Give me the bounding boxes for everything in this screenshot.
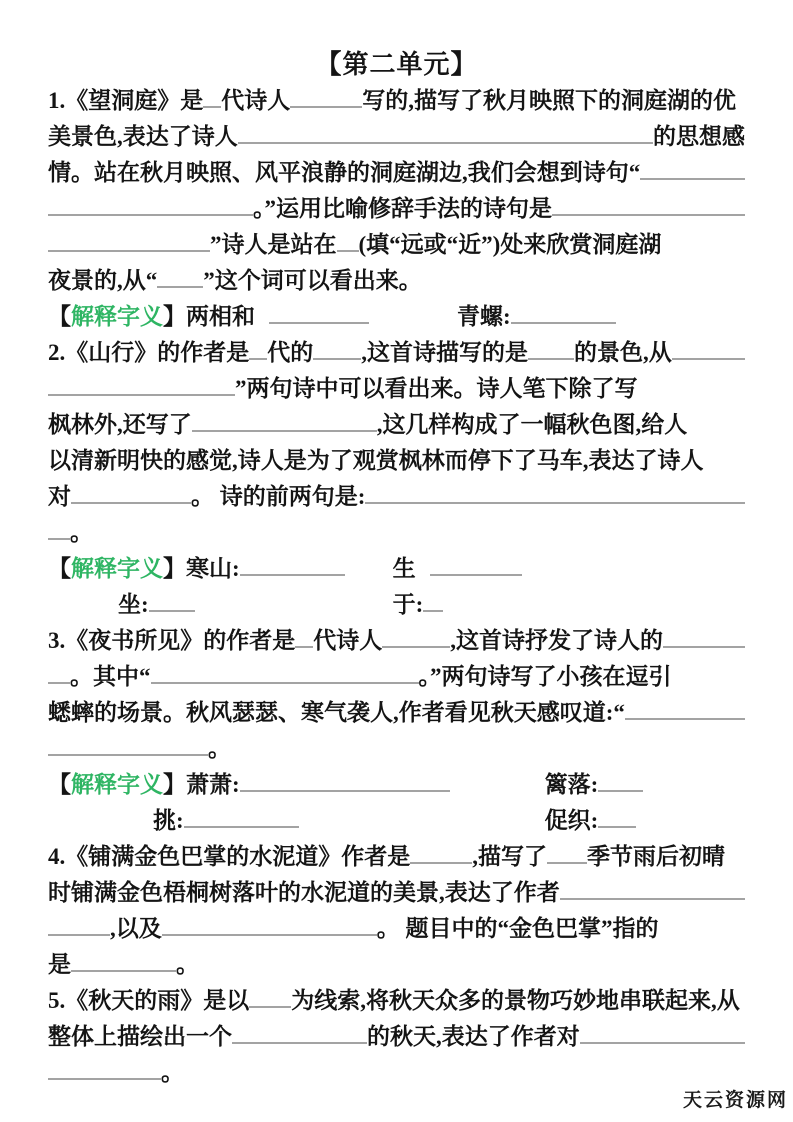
blank-field [48, 677, 70, 684]
text-segment: 代的 [267, 334, 313, 367]
q2-gloss-2: 坐:于: [48, 586, 745, 622]
text-segment: 挑: [153, 802, 184, 835]
text-segment: ”这个词可以看出来。 [203, 262, 422, 295]
q1-line-4: 。”运用比喻修辞手法的诗句是 [48, 190, 745, 226]
spacer [299, 827, 545, 828]
text-segment: 4.《铺满金色巴掌的水泥道》作者是 [48, 838, 410, 871]
text-segment: 促织: [545, 802, 599, 835]
gloss-section-label: 解释字义 [71, 298, 163, 331]
blank-field [249, 1001, 291, 1008]
text-segment: 篱落: [545, 766, 599, 799]
q1-gloss: 【解释字义】两相和青螺: [48, 298, 745, 334]
spacer [369, 323, 457, 324]
text-segment: 坐: [118, 586, 149, 619]
blank-field [640, 173, 745, 180]
blank-field [410, 857, 472, 864]
q5-line-2: 整体上描绘出一个的秋天,表达了作者对 [48, 1018, 745, 1054]
text-segment: 夜景的,从“ [48, 262, 157, 295]
blank-field [48, 209, 253, 216]
spacer [416, 575, 430, 576]
q1-line-5: ”诗人是站在(填“远或“近”)处来欣赏洞庭湖 [48, 226, 745, 262]
text-segment: 代诗人 [221, 82, 290, 115]
blank-field [48, 929, 110, 936]
text-segment: 1.《望洞庭》是 [48, 82, 203, 115]
blank-field [528, 353, 574, 360]
text-segment: ,这首诗描写的是 [361, 334, 528, 367]
blank-field [365, 497, 745, 504]
text-segment: 为线索,将秋天众多的景物巧妙地串联起来,从 [291, 982, 740, 1015]
text-segment: 季节雨后初晴 [587, 838, 725, 871]
blank-field [313, 353, 361, 360]
text-segment: 】两相和 [163, 298, 255, 331]
blank-field [48, 389, 235, 396]
text-segment: 蟋蟀的场景。秋风瑟瑟、寒气袭人,作者看见秋天感叹道:“ [48, 694, 625, 727]
spacer [345, 575, 393, 576]
text-segment: 以清新明快的感觉,诗人是为了观赏枫林而停下了马车,表达了诗人 [48, 442, 704, 475]
watermark: 天云资源网 [683, 1085, 788, 1112]
q3-line-2: 。其中“。”两句诗写了小孩在逗引 [48, 658, 745, 694]
q4-line-4: 是。 [48, 946, 745, 982]
blank-field [232, 1037, 367, 1044]
q3-gloss-1: 【解释字义】萧萧:篱落: [48, 766, 745, 802]
text-segment: 代诗人 [313, 622, 382, 655]
text-segment: 于: [393, 586, 424, 619]
text-segment: 。 题目中的“金色巴掌”指的 [377, 910, 659, 943]
text-segment: 青螺: [457, 298, 511, 331]
gloss-section-label: 解释字义 [71, 766, 163, 799]
q3-line-4: 。 [48, 730, 745, 766]
text-segment: 对 [48, 478, 71, 511]
blank-field [149, 605, 195, 612]
text-segment: 写的,描写了秋月映照下的洞庭湖的优 [362, 82, 736, 115]
blank-field [48, 533, 70, 540]
text-segment: ,以及 [110, 910, 162, 943]
q1-line-2: 美景色,表达了诗人的思想感 [48, 118, 745, 154]
spacer [48, 611, 118, 612]
text-segment: 是 [48, 946, 71, 979]
blank-field [560, 893, 745, 900]
q2-gloss-1: 【解释字义】寒山:生 [48, 550, 745, 586]
q1-line-3: 情。站在秋月映照、风平浪静的洞庭湖边,我们会想到诗句“ [48, 154, 745, 190]
blank-field [269, 317, 369, 324]
text-segment: 美景色,表达了诗人 [48, 118, 238, 151]
q4-line-1: 4.《铺满金色巴掌的水泥道》作者是,描写了季节雨后初晴 [48, 838, 745, 874]
text-segment: 【 [48, 766, 71, 799]
blank-field [580, 1037, 745, 1044]
q4-line-2: 时铺满金色梧桐树落叶的水泥道的美景,表达了作者 [48, 874, 745, 910]
blank-field [625, 713, 745, 720]
text-segment: 枫林外,还写了 [48, 406, 192, 439]
blank-field [48, 245, 210, 252]
text-segment: ,描写了 [472, 838, 547, 871]
document-body: 1.《望洞庭》是代诗人写的,描写了秋月映照下的洞庭湖的优美景色,表达了诗人的思想… [48, 82, 745, 1090]
q2-line-4: 以清新明快的感觉,诗人是为了观赏枫林而停下了马车,表达了诗人 [48, 442, 745, 478]
q4-line-3: ,以及。 题目中的“金色巴掌”指的 [48, 910, 745, 946]
text-segment: 情。站在秋月映照、风平浪静的洞庭湖边,我们会想到诗句“ [48, 154, 640, 187]
blank-field [337, 245, 359, 252]
q1-line-6: 夜景的,从“”这个词可以看出来。 [48, 262, 745, 298]
blank-field [203, 101, 221, 108]
q2-line-3: 枫林外,还写了,这几样构成了一幅秋色图,给人 [48, 406, 745, 442]
blank-field [290, 101, 362, 108]
blank-field [192, 425, 377, 432]
spacer [195, 611, 393, 612]
text-segment: 。 诗的前两句是: [191, 478, 365, 511]
q5-line-1: 5.《秋天的雨》是以为线索,将秋天众多的景物巧妙地串联起来,从 [48, 982, 745, 1018]
page-title: 【第二单元】 [0, 44, 793, 81]
q1-line-1: 1.《望洞庭》是代诗人写的,描写了秋月映照下的洞庭湖的优 [48, 82, 745, 118]
text-segment: 】萧萧: [163, 766, 240, 799]
blank-field [547, 857, 587, 864]
q2-line-2: ”两句诗中可以看出来。诗人笔下除了写 [48, 370, 745, 406]
text-segment: 。 [208, 730, 231, 763]
text-segment: ”两句诗中可以看出来。诗人笔下除了写 [235, 370, 638, 403]
text-segment: 。 [176, 946, 199, 979]
q3-line-3: 蟋蟀的场景。秋风瑟瑟、寒气袭人,作者看见秋天感叹道:“ [48, 694, 745, 730]
text-segment: 。”两句诗写了小孩在逗引 [419, 658, 672, 691]
gloss-section-label: 解释字义 [71, 550, 163, 583]
q3-gloss-2: 挑:促织: [48, 802, 745, 838]
text-segment: 的景色,从 [574, 334, 672, 367]
blank-field [238, 137, 653, 144]
blank-field [151, 677, 419, 684]
text-segment: ,这首诗抒发了诗人的 [450, 622, 663, 655]
text-segment: 。其中“ [70, 658, 151, 691]
blank-field [430, 569, 522, 576]
text-segment: ,这几样构成了一幅秋色图,给人 [377, 406, 688, 439]
blank-field [240, 785, 450, 792]
blank-field [295, 641, 313, 648]
text-segment: 5.《秋天的雨》是以 [48, 982, 249, 1015]
text-segment: 3.《夜书所见》的作者是 [48, 622, 295, 655]
spacer [255, 323, 269, 324]
blank-field [598, 821, 636, 828]
text-segment: 【 [48, 550, 71, 583]
q5-line-3: 。 [48, 1054, 745, 1090]
text-segment: 】寒山: [163, 550, 240, 583]
text-segment: 生 [393, 550, 416, 583]
blank-field [48, 749, 208, 756]
text-segment: (填“远或“近”)处来欣赏洞庭湖 [359, 226, 662, 259]
spacer [48, 827, 153, 828]
blank-field [71, 497, 191, 504]
blank-field [423, 605, 443, 612]
text-segment: 。 [70, 514, 93, 547]
blank-field [672, 353, 745, 360]
q2-line-1: 2.《山行》的作者是代的,这首诗描写的是的景色,从 [48, 334, 745, 370]
blank-field [552, 209, 745, 216]
text-segment: 的思想感 [653, 118, 745, 151]
text-segment: 整体上描绘出一个 [48, 1018, 232, 1051]
blank-field [511, 317, 616, 324]
blank-field [184, 821, 299, 828]
blank-field [162, 929, 377, 936]
blank-field [249, 353, 267, 360]
blank-field [382, 641, 450, 648]
blank-field [598, 785, 643, 792]
q3-line-1: 3.《夜书所见》的作者是代诗人,这首诗抒发了诗人的 [48, 622, 745, 658]
q2-line-5: 对。 诗的前两句是: [48, 478, 745, 514]
text-segment: 时铺满金色梧桐树落叶的水泥道的美景,表达了作者 [48, 874, 560, 907]
text-segment: ”诗人是站在 [210, 226, 337, 259]
text-segment: 2.《山行》的作者是 [48, 334, 249, 367]
blank-field [157, 281, 203, 288]
blank-field [48, 1073, 161, 1080]
text-segment: 。”运用比喻修辞手法的诗句是 [253, 190, 552, 223]
blank-field [240, 569, 345, 576]
spacer [450, 791, 545, 792]
text-segment: 【 [48, 298, 71, 331]
blank-field [71, 965, 176, 972]
blank-field [663, 641, 745, 648]
q2-line-6: 。 [48, 514, 745, 550]
text-segment: 的秋天,表达了作者对 [367, 1018, 580, 1051]
text-segment: 。 [161, 1054, 184, 1087]
